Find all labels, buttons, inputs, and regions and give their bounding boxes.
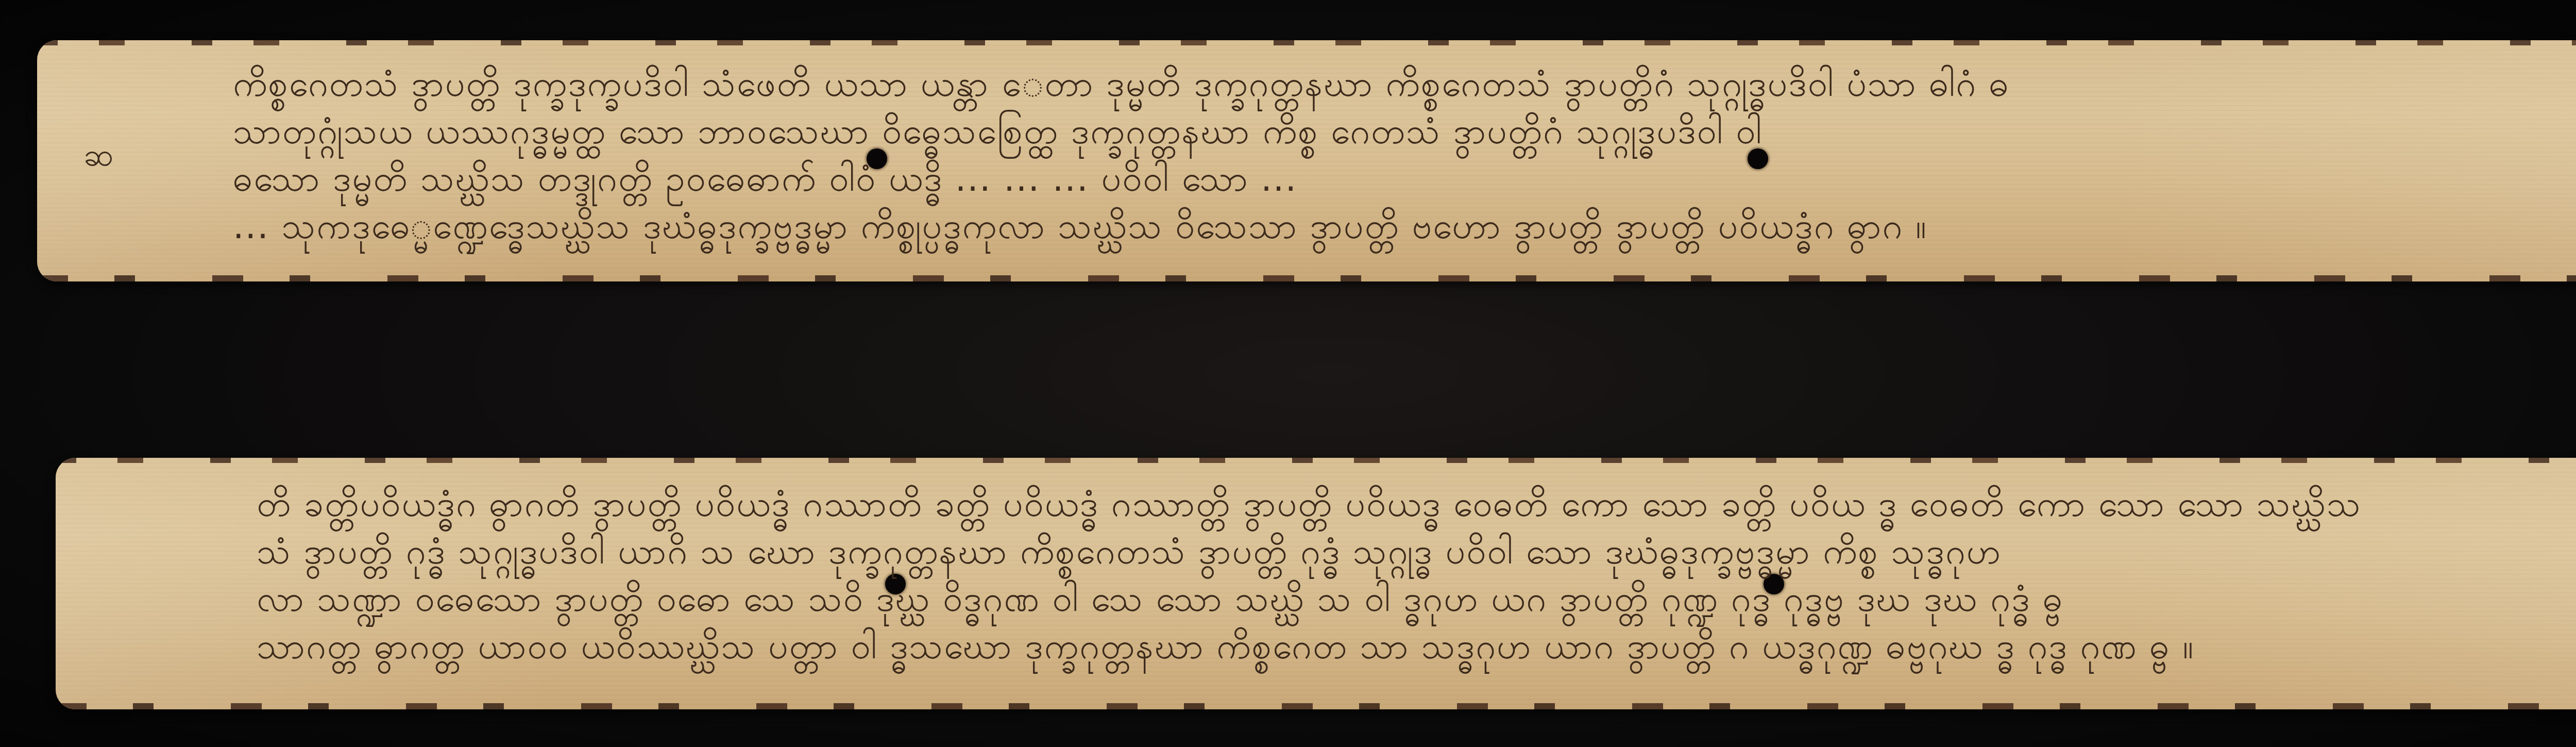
burnt-edge-bottom [56, 703, 2576, 709]
script-line: လာ သဏ္ဍာ ဝဓေသော ဒွာပတ္တိ ဝဓော သေ သဝိ ဒုဃ… [257, 576, 2362, 623]
folio-margin-mark: ဆ [83, 136, 113, 181]
palm-leaf-bottom: တိ ခတ္တိပဝိယဒ္ဓံဂ ဓွာဂတိ ဒွာပတ္တိ ပဝိယဒ္… [56, 458, 2576, 709]
script-lines: တိ ခတ္တိပဝိယဒ္ဓံဂ ဓွာဂတိ ဒွာပတ္တိ ပဝိယဒ္… [257, 481, 2362, 671]
script-line: သာတုဂ္ဂုံသယ ယဿဂုဒ္ဓမ္မတ္ထ သော ဘာဝသေဃာ ဝိ… [233, 108, 2010, 156]
script-line: ... သုဂာဒုဓေ္မဏ္ဍေဒ္ဓေသဃ္ဃိသ ဒုဃံဓ္ဓဒုက္… [233, 203, 2010, 251]
script-line: ကိစ္စဂေတသံ ဒွာပတ္တိ ဒုက္ခဒုက္ခပဒိဝါ သံဖေ… [233, 61, 2010, 108]
burnt-edge-top [56, 458, 2576, 463]
script-line: တိ ခတ္တိပဝိယဒ္ဓံဂ ဓွာဂတိ ဒွာပတ္တိ ပဝိယဒ္… [257, 481, 2362, 528]
script-line: သံ ဒွာပတ္တိ ဂုဒ္ဓံ သုဂ္ဂုဒ္ဓပဒိဝါ ယာဂိ သ… [257, 528, 2362, 576]
script-line: ဓသော ဒုမ္မတိ သဃ္ဃိသ တဒ္ဒုဂတ္တိ ဥဝဓေဓာက် … [233, 156, 2010, 203]
script-lines: ကိစ္စဂေတသံ ဒွာပတ္တိ ဒုက္ခဒုက္ခပဒိဝါ သံဖေ… [233, 61, 2010, 251]
burnt-edge-top [37, 40, 2576, 45]
palm-leaf-top: ဆ ကိစ္စဂေတသံ ဒွာပတ္တိ ဒုက္ခဒုက္ခပဒိဝါ သံ… [37, 40, 2576, 281]
script-line: သာဂတ္တ ဓွာဂတ္တ ယာဝဝ ယဝိဿဃ္ဃိသ ပတ္တာ ဝါ ဒ… [257, 623, 2362, 671]
burnt-edge-bottom [37, 275, 2576, 281]
